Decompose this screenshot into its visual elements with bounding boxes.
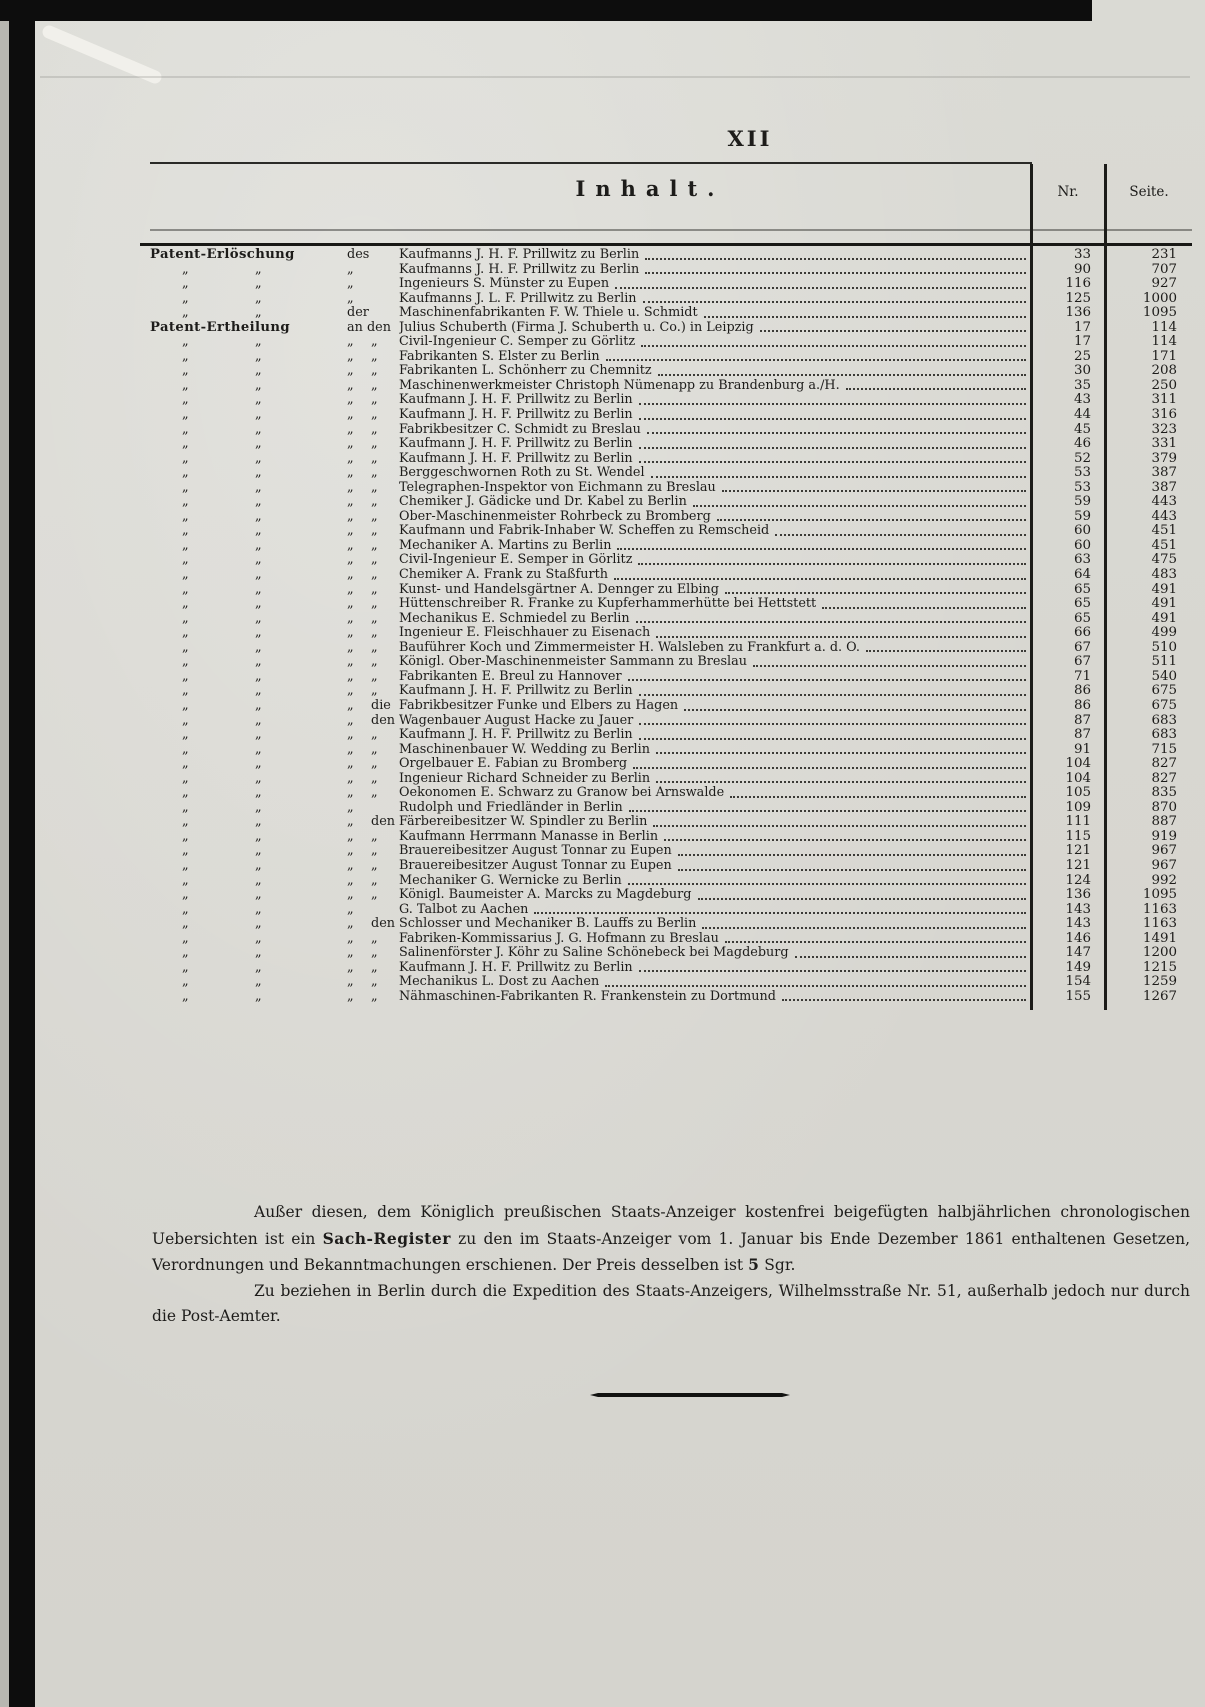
toc-row-entry: Berggeschwornen Roth zu St. Wendel xyxy=(399,466,1030,481)
toc-row-seite: 827 xyxy=(1104,772,1192,787)
toc-row-entry-text: Telegraphen-Inspektor von Eichmann zu Br… xyxy=(399,481,716,496)
toc-row-section-label: „„ xyxy=(150,408,335,423)
toc-row-nr: 25 xyxy=(1030,350,1104,365)
toc-row-entry-text: Brauereibesitzer August Tonnar zu Eupen xyxy=(399,844,672,859)
toc-row-nr: 116 xyxy=(1030,277,1104,292)
toc-row-entry-text: Maschinenbauer W. Wedding zu Berlin xyxy=(399,743,650,758)
toc-row-entry-text: Bauführer Koch und Zimmermeister H. Wals… xyxy=(399,641,860,656)
dotted-leader xyxy=(656,780,1026,783)
toc-row-entry-text: Mechaniker A. Martins zu Berlin xyxy=(399,539,611,554)
toc-row-entry-text: Orgelbauer E. Fabian zu Bromberg xyxy=(399,757,627,772)
toc-row-nr: 125 xyxy=(1030,292,1104,307)
toc-row-nr: 67 xyxy=(1030,641,1104,656)
dotted-leader xyxy=(822,606,1026,609)
toc-row-seite: 491 xyxy=(1104,597,1192,612)
toc-row-seite: 1267 xyxy=(1104,990,1192,1005)
column-header-nr: Nr. xyxy=(1033,184,1103,200)
footer-price-value: 5 xyxy=(748,1255,759,1274)
dotted-leader xyxy=(639,460,1026,463)
toc-row-connector: „„ xyxy=(335,612,399,627)
toc-row-section-label: „„ xyxy=(150,437,335,452)
dotted-leader xyxy=(534,911,1026,914)
toc-row: „„ „„ Telegraphen-Inspektor von Eichmann… xyxy=(150,481,1192,496)
toc-row-entry: Fabrikanten E. Breul zu Hannover xyxy=(399,670,1030,685)
toc-row-nr: 155 xyxy=(1030,990,1104,1005)
dotted-leader xyxy=(717,518,1026,521)
toc-row: „„ „„ Maschinenwerkmeister Christoph Nüm… xyxy=(150,379,1192,394)
footer-paragraph-register: Außer diesen, dem Königlich preußischen … xyxy=(152,1200,1190,1279)
toc-row-connector: „„ xyxy=(335,423,399,438)
toc-row-nr: 63 xyxy=(1030,553,1104,568)
toc-row-connector: „„ xyxy=(335,466,399,481)
dotted-leader xyxy=(782,998,1026,1001)
toc-row-entry-text: Fabriken-Kommissarius J. G. Hofmann zu B… xyxy=(399,932,719,947)
toc-row-entry: Färbereibesitzer W. Spindler zu Berlin xyxy=(399,815,1030,830)
toc-row-nr: 115 xyxy=(1030,830,1104,845)
toc-row-seite: 1491 xyxy=(1104,932,1192,947)
toc-row-nr: 136 xyxy=(1030,888,1104,903)
toc-row-entry-text: Mechanikus L. Dost zu Aachen xyxy=(399,975,599,990)
toc-row-section-label: „„ xyxy=(150,539,335,554)
toc-row-section-label: „„ xyxy=(150,743,335,758)
toc-row-entry: Kaufmann J. H. F. Prillwitz zu Berlin xyxy=(399,452,1030,467)
toc-row-entry-text: Kaufmann J. H. F. Prillwitz zu Berlin xyxy=(399,728,633,743)
toc-row-entry: Fabriken-Kommissarius J. G. Hofmann zu B… xyxy=(399,932,1030,947)
toc-row-nr: 60 xyxy=(1030,524,1104,539)
page-title: Inhalt. xyxy=(520,176,780,201)
toc-row: „„ „„ Mechanikus L. Dost zu Aachen 154 1… xyxy=(150,975,1192,990)
dotted-leader xyxy=(760,329,1026,332)
toc-row-entry: Mechaniker G. Wernicke zu Berlin xyxy=(399,874,1030,889)
dotted-leader xyxy=(753,664,1026,667)
toc-row-entry: Mechaniker A. Martins zu Berlin xyxy=(399,539,1030,554)
toc-row-entry-text: Civil-Ingenieur E. Semper in Görlitz xyxy=(399,553,632,568)
toc-row-nr: 104 xyxy=(1030,757,1104,772)
toc-row-nr: 91 xyxy=(1030,743,1104,758)
dotted-leader xyxy=(617,547,1026,550)
toc-row-section-label: „„ xyxy=(150,888,335,903)
toc-row-section-label: „„ xyxy=(150,728,335,743)
toc-row: „„ „den Färbereibesitzer W. Spindler zu … xyxy=(150,815,1192,830)
toc-row-seite: 870 xyxy=(1104,801,1192,816)
toc-row: „„ „„ Chemiker J. Gädicke und Dr. Kabel … xyxy=(150,495,1192,510)
dotted-leader xyxy=(795,955,1026,958)
toc-row-section-label: „„ xyxy=(150,306,335,321)
end-separator-rule xyxy=(590,1393,790,1397)
toc-row-entry-text: Hüttenschreiber R. Franke zu Kupferhamme… xyxy=(399,597,816,612)
toc-row-section-label: „„ xyxy=(150,495,335,510)
toc-row-seite: 992 xyxy=(1104,874,1192,889)
toc-row-entry-text: Maschinenfabrikanten F. W. Thiele u. Sch… xyxy=(399,306,698,321)
toc-row-seite: 250 xyxy=(1104,379,1192,394)
toc-row-entry-text: Oekonomen E. Schwarz zu Granow bei Arnsw… xyxy=(399,786,724,801)
toc-row-entry-text: Kaufmann J. H. F. Prillwitz zu Berlin xyxy=(399,684,633,699)
dotted-leader xyxy=(636,620,1026,623)
toc-row-connector: „„ xyxy=(335,786,399,801)
toc-row-seite: 443 xyxy=(1104,495,1192,510)
toc-row: „„ „„ Civil-Ingenieur C. Semper zu Görli… xyxy=(150,335,1192,350)
toc-row-section-label: „„ xyxy=(150,350,335,365)
toc-row-nr: 143 xyxy=(1030,903,1104,918)
toc-row: „„ „„ Orgelbauer E. Fabian zu Bromberg 1… xyxy=(150,757,1192,772)
toc-row: „„ „„ Fabrikanten S. Elster zu Berlin 25… xyxy=(150,350,1192,365)
toc-row-section-label: „„ xyxy=(150,815,335,830)
toc-row-nr: 65 xyxy=(1030,612,1104,627)
toc-row: „„ „„ Oekonomen E. Schwarz zu Granow bei… xyxy=(150,786,1192,801)
toc-row-entry: Orgelbauer E. Fabian zu Bromberg xyxy=(399,757,1030,772)
toc-row-section-label: „„ xyxy=(150,379,335,394)
toc-row-section-label: „„ xyxy=(150,583,335,598)
toc-row-entry: Ober-Maschinenmeister Rohrbeck zu Brombe… xyxy=(399,510,1030,525)
toc-row-connector: „„ xyxy=(335,859,399,874)
toc-row-section-label: „„ xyxy=(150,772,335,787)
toc-row-entry: Bauführer Koch und Zimmermeister H. Wals… xyxy=(399,641,1030,656)
toc-row-entry-text: Berggeschwornen Roth zu St. Wendel xyxy=(399,466,645,481)
dotted-leader xyxy=(633,766,1026,769)
toc-row-entry: Kaufmanns J. H. F. Prillwitz zu Berlin xyxy=(399,263,1030,278)
toc-row-section-label: „„ xyxy=(150,714,335,729)
toc-row-nr: 121 xyxy=(1030,859,1104,874)
toc-row-section-label: „„ xyxy=(150,524,335,539)
toc-row: „„ „„ Kaufmann J. H. F. Prillwitz zu Ber… xyxy=(150,393,1192,408)
toc-row-nr: 67 xyxy=(1030,655,1104,670)
scan-edge-top xyxy=(0,0,1092,21)
toc-row: „„ „die Fabrikbesitzer Funke und Elbers … xyxy=(150,699,1192,714)
toc-row-nr: 124 xyxy=(1030,874,1104,889)
dotted-leader xyxy=(606,358,1026,361)
toc-row: „„ „„ Kaufmann und Fabrik-Inhaber W. Sch… xyxy=(150,524,1192,539)
dotted-leader xyxy=(643,300,1026,303)
toc-row-connector: „ xyxy=(335,277,399,292)
toc-row: „„ „„ Kaufmann J. H. F. Prillwitz zu Ber… xyxy=(150,684,1192,699)
toc-row-nr: 59 xyxy=(1030,510,1104,525)
dotted-leader xyxy=(775,533,1026,536)
toc-row-nr: 43 xyxy=(1030,393,1104,408)
toc-row-seite: 114 xyxy=(1104,335,1192,350)
toc-row: „„ „„ Kaufmann J. H. F. Prillwitz zu Ber… xyxy=(150,452,1192,467)
toc-row-seite: 451 xyxy=(1104,539,1192,554)
toc-row-connector: „„ xyxy=(335,452,399,467)
toc-row-entry-text: Mechanikus E. Schmiedel zu Berlin xyxy=(399,612,630,627)
toc-row: „„ „„ Ingenieur E. Fleischhauer zu Eisen… xyxy=(150,626,1192,641)
toc-row-nr: 149 xyxy=(1030,961,1104,976)
toc-row: „„ „„ Königl. Baumeister A. Marcks zu Ma… xyxy=(150,888,1192,903)
toc-row-seite: 510 xyxy=(1104,641,1192,656)
toc-row-entry-text: Kaufmann J. H. F. Prillwitz zu Berlin xyxy=(399,393,633,408)
toc-row-connector: „ xyxy=(335,801,399,816)
toc-row-entry: Brauereibesitzer August Tonnar zu Eupen xyxy=(399,844,1030,859)
toc-row: „„ „„ Fabrikanten E. Breul zu Hannover 7… xyxy=(150,670,1192,685)
toc-row-entry-text: Ingenieur E. Fleischhauer zu Eisenach xyxy=(399,626,650,641)
toc-row-entry: Kaufmann J. H. F. Prillwitz zu Berlin xyxy=(399,408,1030,423)
toc-row-seite: 475 xyxy=(1104,553,1192,568)
toc-row-connector: „„ xyxy=(335,495,399,510)
toc-row-nr: 46 xyxy=(1030,437,1104,452)
toc-row-entry: Fabrikbesitzer C. Schmidt zu Breslau xyxy=(399,423,1030,438)
toc-row: „„ „„ Fabrikbesitzer C. Schmidt zu Bresl… xyxy=(150,423,1192,438)
toc-row-connector: „„ xyxy=(335,772,399,787)
dotted-leader xyxy=(698,897,1027,900)
toc-row: „„ „„ Brauereibesitzer August Tonnar zu … xyxy=(150,844,1192,859)
toc-row-entry: Wagenbauer August Hacke zu Jauer xyxy=(399,714,1030,729)
toc-row: „„ „„ Fabrikanten L. Schönherr zu Chemni… xyxy=(150,364,1192,379)
toc-row-seite: 675 xyxy=(1104,684,1192,699)
toc-row-section-label: „„ xyxy=(150,903,335,918)
toc-body: Patent-Erlöschung des Kaufmanns J. H. F.… xyxy=(150,248,1192,1004)
toc-row-nr: 146 xyxy=(1030,932,1104,947)
toc-row: „„ „ Kaufmanns J. H. F. Prillwitz zu Ber… xyxy=(150,263,1192,278)
toc-row-nr: 65 xyxy=(1030,583,1104,598)
toc-row-entry-text: Kaufmann J. H. F. Prillwitz zu Berlin xyxy=(399,961,633,976)
dotted-leader xyxy=(639,417,1026,420)
toc-row: Patent-Ertheilung an den Julius Schubert… xyxy=(150,321,1192,336)
toc-row-section-label: „„ xyxy=(150,917,335,932)
toc-row-entry-text: Kaufmann und Fabrik-Inhaber W. Scheffen … xyxy=(399,524,769,539)
toc-row: „„ „„ Maschinenbauer W. Wedding zu Berli… xyxy=(150,743,1192,758)
toc-row: „„ „ Rudolph und Friedländer in Berlin 1… xyxy=(150,801,1192,816)
toc-row-entry: G. Talbot zu Aachen xyxy=(399,903,1030,918)
column-header-seite: Seite. xyxy=(1107,184,1191,200)
toc-row-entry: Maschinenbauer W. Wedding zu Berlin xyxy=(399,743,1030,758)
toc-row-entry-text: Königl. Baumeister A. Marcks zu Magdebur… xyxy=(399,888,692,903)
toc-row-entry: Königl. Baumeister A. Marcks zu Magdebur… xyxy=(399,888,1030,903)
toc-row-entry: Chemiker J. Gädicke und Dr. Kabel zu Ber… xyxy=(399,495,1030,510)
toc-row-entry-text: Ober-Maschinenmeister Rohrbeck zu Brombe… xyxy=(399,510,711,525)
toc-row-seite: 919 xyxy=(1104,830,1192,845)
toc-row-connector: „ xyxy=(335,903,399,918)
toc-row-connector: „„ xyxy=(335,874,399,889)
toc-row-connector: „„ xyxy=(335,684,399,699)
toc-row-seite: 387 xyxy=(1104,481,1192,496)
toc-row-section-label: „„ xyxy=(150,393,335,408)
toc-row-nr: 53 xyxy=(1030,466,1104,481)
toc-row-nr: 65 xyxy=(1030,597,1104,612)
toc-row-connector: „„ xyxy=(335,743,399,758)
toc-row-seite: 683 xyxy=(1104,714,1192,729)
toc-row-entry: Kaufmanns J. L. F. Prillwitz zu Berlin xyxy=(399,292,1030,307)
toc-row-section-label: „„ xyxy=(150,612,335,627)
toc-row-connector: „„ xyxy=(335,888,399,903)
dotted-leader xyxy=(704,315,1026,318)
toc-row: „„ „„ Kaufmann J. H. F. Prillwitz zu Ber… xyxy=(150,961,1192,976)
toc-row-entry: Chemiker A. Frank zu Staßfurth xyxy=(399,568,1030,583)
toc-row-entry-text: Fabrikbesitzer Funke und Elbers zu Hagen xyxy=(399,699,678,714)
toc-row-seite: 540 xyxy=(1104,670,1192,685)
toc-row-entry: Maschinenwerkmeister Christoph Nümenapp … xyxy=(399,379,1030,394)
dotted-leader xyxy=(641,344,1026,347)
toc-row-entry-text: Salinenförster J. Köhr zu Saline Schöneb… xyxy=(399,946,789,961)
toc-row-entry-text: Rudolph und Friedländer in Berlin xyxy=(399,801,623,816)
toc-row-entry-text: Brauereibesitzer August Tonnar zu Eupen xyxy=(399,859,672,874)
toc-row-entry-text: Kaufmann Herrmann Manasse in Berlin xyxy=(399,830,658,845)
header-thick-rule xyxy=(140,243,1192,246)
toc-row: „„ „ Kaufmanns J. L. F. Prillwitz zu Ber… xyxy=(150,292,1192,307)
toc-row-section-label: „„ xyxy=(150,946,335,961)
toc-row: „„ „„ Brauereibesitzer August Tonnar zu … xyxy=(150,859,1192,874)
toc-row-section-label: „„ xyxy=(150,844,335,859)
toc-row-seite: 443 xyxy=(1104,510,1192,525)
toc-row-section-label: „„ xyxy=(150,263,335,278)
toc-row-section-label: „„ xyxy=(150,961,335,976)
toc-row-section-label: „„ xyxy=(150,801,335,816)
toc-row-seite: 316 xyxy=(1104,408,1192,423)
toc-row-nr: 147 xyxy=(1030,946,1104,961)
toc-row-connector: des xyxy=(335,248,399,263)
toc-row-entry: Kaufmann J. H. F. Prillwitz zu Berlin xyxy=(399,437,1030,452)
dotted-leader xyxy=(684,708,1026,711)
toc-row-section-label: „„ xyxy=(150,626,335,641)
toc-row: „„ „„ Mechaniker A. Martins zu Berlin 60… xyxy=(150,539,1192,554)
toc-row-entry: Kaufmann J. H. F. Prillwitz zu Berlin xyxy=(399,961,1030,976)
toc-row-connector: „„ xyxy=(335,728,399,743)
toc-row-entry-text: Ingenieurs S. Münster zu Eupen xyxy=(399,277,609,292)
toc-row-connector: „„ xyxy=(335,961,399,976)
toc-row-seite: 511 xyxy=(1104,655,1192,670)
toc-row-entry: Oekonomen E. Schwarz zu Granow bei Arnsw… xyxy=(399,786,1030,801)
toc-row-seite: 1200 xyxy=(1104,946,1192,961)
toc-row-connector: „„ xyxy=(335,568,399,583)
toc-row-nr: 17 xyxy=(1030,335,1104,350)
dotted-leader xyxy=(639,402,1026,405)
toc-row-section-label: „„ xyxy=(150,990,335,1005)
toc-row-section-label: „„ xyxy=(150,975,335,990)
toc-row-seite: 1163 xyxy=(1104,917,1192,932)
toc-row-connector: „„ xyxy=(335,335,399,350)
toc-row-section-label: „„ xyxy=(150,568,335,583)
toc-row-entry: Kaufmann und Fabrik-Inhaber W. Scheffen … xyxy=(399,524,1030,539)
toc-row-entry-text: Kaufmanns J. H. F. Prillwitz zu Berlin xyxy=(399,263,639,278)
toc-row-entry: Kaufmann J. H. F. Prillwitz zu Berlin xyxy=(399,393,1030,408)
dotted-leader xyxy=(614,577,1026,580)
dotted-leader xyxy=(678,868,1026,871)
toc-row: „„ „„ Hüttenschreiber R. Franke zu Kupfe… xyxy=(150,597,1192,612)
toc-row-seite: 499 xyxy=(1104,626,1192,641)
dotted-leader xyxy=(639,722,1026,725)
toc-row-entry-text: Fabrikanten S. Elster zu Berlin xyxy=(399,350,600,365)
toc-row-section-label: Patent-Ertheilung xyxy=(150,321,335,336)
toc-row-seite: 1215 xyxy=(1104,961,1192,976)
toc-row: „„ „ G. Talbot zu Aachen 143 1163 xyxy=(150,903,1192,918)
toc-row-entry: Schlosser und Mechaniker B. Lauffs zu Be… xyxy=(399,917,1030,932)
toc-row-seite: 835 xyxy=(1104,786,1192,801)
dotted-leader xyxy=(615,286,1026,289)
toc-row-nr: 136 xyxy=(1030,306,1104,321)
dotted-leader xyxy=(866,649,1026,652)
toc-row-entry-text: Nähmaschinen-Fabrikanten R. Frankenstein… xyxy=(399,990,776,1005)
toc-row: „„ „„ Ingenieur Richard Schneider zu Ber… xyxy=(150,772,1192,787)
toc-row-entry-text: Fabrikbesitzer C. Schmidt zu Breslau xyxy=(399,423,641,438)
dotted-leader xyxy=(638,562,1026,565)
toc-row-seite: 331 xyxy=(1104,437,1192,452)
toc-row-section-label: „„ xyxy=(150,292,335,307)
dotted-leader xyxy=(639,737,1026,740)
toc-row-entry-text: Maschinenwerkmeister Christoph Nümenapp … xyxy=(399,379,840,394)
toc-row-connector: der xyxy=(335,306,399,321)
toc-row-connector: „„ xyxy=(335,364,399,379)
toc-row-seite: 491 xyxy=(1104,612,1192,627)
toc-row: „„ „„ Civil-Ingenieur E. Semper in Görli… xyxy=(150,553,1192,568)
toc-row-section-label: „„ xyxy=(150,757,335,772)
toc-row-nr: 66 xyxy=(1030,626,1104,641)
toc-row-section-label: „„ xyxy=(150,553,335,568)
toc-row-entry-text: Fabrikanten L. Schönherr zu Chemnitz xyxy=(399,364,652,379)
dotted-leader xyxy=(702,926,1026,929)
toc-row-entry: Civil-Ingenieur E. Semper in Görlitz xyxy=(399,553,1030,568)
toc-row-entry-text: Färbereibesitzer W. Spindler zu Berlin xyxy=(399,815,647,830)
toc-row-connector: „„ xyxy=(335,655,399,670)
toc-row: „„ „„ Kaufmann J. H. F. Prillwitz zu Ber… xyxy=(150,408,1192,423)
toc-row-entry: Kaufmann J. H. F. Prillwitz zu Berlin xyxy=(399,728,1030,743)
toc-row-section-label: „„ xyxy=(150,830,335,845)
toc-row-entry-text: Mechaniker G. Wernicke zu Berlin xyxy=(399,874,622,889)
toc-row-seite: 1000 xyxy=(1104,292,1192,307)
toc-row-connector: „„ xyxy=(335,553,399,568)
toc-row-nr: 33 xyxy=(1030,248,1104,263)
toc-row-section-label: „„ xyxy=(150,874,335,889)
toc-row-section-label: „„ xyxy=(150,597,335,612)
toc-row-entry-text: Fabrikanten E. Breul zu Hannover xyxy=(399,670,622,685)
toc-row: „„ „„ Ober-Maschinenmeister Rohrbeck zu … xyxy=(150,510,1192,525)
toc-row: „„ „„ Fabriken-Kommissarius J. G. Hofman… xyxy=(150,932,1192,947)
toc-row-entry-text: Kaufmanns J. H. F. Prillwitz zu Berlin xyxy=(399,248,639,263)
dotted-leader xyxy=(639,693,1026,696)
toc-row-entry: Brauereibesitzer August Tonnar zu Eupen xyxy=(399,859,1030,874)
toc-row-connector: „ xyxy=(335,292,399,307)
toc-row-entry: Hüttenschreiber R. Franke zu Kupferhamme… xyxy=(399,597,1030,612)
toc-row-section-label: Patent-Erlöschung xyxy=(150,248,335,263)
toc-row-seite: 1095 xyxy=(1104,888,1192,903)
toc-row-connector: „„ xyxy=(335,990,399,1005)
dotted-leader xyxy=(656,751,1026,754)
dotted-leader xyxy=(722,489,1026,492)
toc-row-nr: 87 xyxy=(1030,714,1104,729)
toc-row-nr: 59 xyxy=(1030,495,1104,510)
toc-row-nr: 143 xyxy=(1030,917,1104,932)
toc-row-nr: 64 xyxy=(1030,568,1104,583)
toc-row-entry: Ingenieur E. Fleischhauer zu Eisenach xyxy=(399,626,1030,641)
toc-row-entry: Ingenieur Richard Schneider zu Berlin xyxy=(399,772,1030,787)
toc-row: „„ „„ Kaufmann J. H. F. Prillwitz zu Ber… xyxy=(150,437,1192,452)
toc-row-connector: „„ xyxy=(335,641,399,656)
toc-row-seite: 715 xyxy=(1104,743,1192,758)
toc-row-seite: 323 xyxy=(1104,423,1192,438)
toc-row-section-label: „„ xyxy=(150,510,335,525)
toc-row-nr: 35 xyxy=(1030,379,1104,394)
header-top-rule xyxy=(150,162,1032,164)
toc-row-connector: „„ xyxy=(335,583,399,598)
toc-row-seite: 231 xyxy=(1104,248,1192,263)
toc-row-entry: Kunst- und Handelsgärtner A. Dennger zu … xyxy=(399,583,1030,598)
dotted-leader xyxy=(629,809,1026,812)
toc-row-seite: 887 xyxy=(1104,815,1192,830)
toc-row-seite: 1259 xyxy=(1104,975,1192,990)
toc-row-entry: Fabrikbesitzer Funke und Elbers zu Hagen xyxy=(399,699,1030,714)
toc-row-entry: Julius Schuberth (Firma J. Schuberth u. … xyxy=(399,321,1030,336)
toc-row-nr: 154 xyxy=(1030,975,1104,990)
toc-row-section-label: „„ xyxy=(150,859,335,874)
toc-row-entry: Nähmaschinen-Fabrikanten R. Frankenstein… xyxy=(399,990,1030,1005)
toc-row-seite: 483 xyxy=(1104,568,1192,583)
footer-text-3: Sgr. xyxy=(759,1256,795,1274)
toc-row-section-label: „„ xyxy=(150,277,335,292)
toc-row-connector: „„ xyxy=(335,481,399,496)
dotted-leader xyxy=(645,271,1026,274)
toc-row-entry-text: Königl. Ober-Maschinenmeister Sammann zu… xyxy=(399,655,747,670)
toc-row-entry-text: Kaufmann J. H. F. Prillwitz zu Berlin xyxy=(399,437,633,452)
toc-row-section-label: „„ xyxy=(150,786,335,801)
toc-row: „„ „„ Mechaniker G. Wernicke zu Berlin 1… xyxy=(150,874,1192,889)
toc-row-entry: Mechanikus E. Schmiedel zu Berlin xyxy=(399,612,1030,627)
